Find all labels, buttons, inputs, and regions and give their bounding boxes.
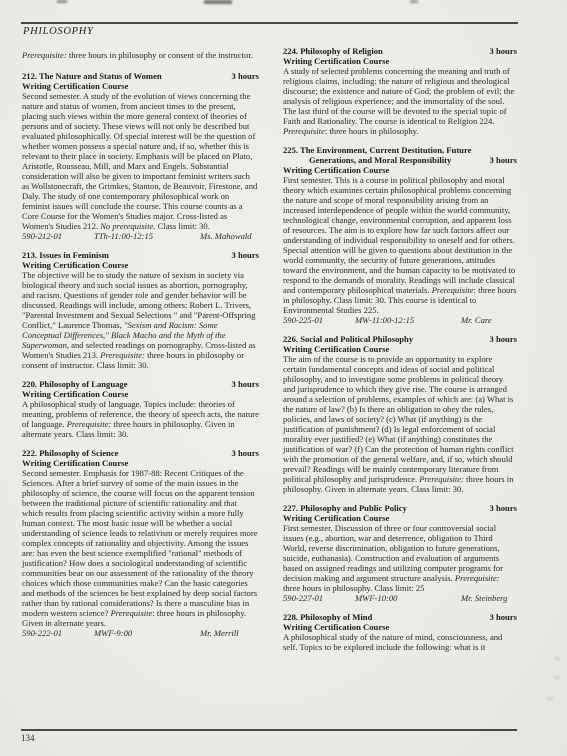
scan-artifact <box>554 676 560 679</box>
course-certification-label: Writing Certification Course <box>22 458 259 468</box>
course-instructor: Mr. Merrill <box>200 628 239 638</box>
course-certification-label: Writing Certification Course <box>283 165 517 175</box>
emphasized-text: Prerequisite: <box>22 50 67 60</box>
course-heading: 224. Philosophy of Religion 3 hours <box>283 46 517 56</box>
course-heading: 213. Issues in Feminism 3 hours <box>22 250 259 260</box>
course-212: 212. The Nature and Status of Women 3 ho… <box>22 71 259 241</box>
emphasized-text: Prerequisite: <box>67 419 112 429</box>
page-number: 134 <box>21 733 35 743</box>
course-description: A philosophical study of the nature of m… <box>283 632 517 652</box>
course-heading: 227. Philosophy and Public Policy 3 hour… <box>283 503 517 513</box>
course-description: The objective will be to study the natur… <box>22 270 259 370</box>
course-226: 226. Social and Political Philosophy 3 h… <box>283 334 517 494</box>
emphasized-text: Prerequisite <box>111 608 153 618</box>
course-credit-hours: 3 hours <box>232 71 259 81</box>
course-heading: 220. Philosophy of Language 3 hours <box>22 379 259 389</box>
scan-artifact <box>547 697 553 700</box>
course-228: 228. Philosophy of Mind 3 hours Writing … <box>283 612 517 652</box>
body-text: three hours in philosophy. Class limit: … <box>283 583 424 593</box>
scan-artifact <box>555 657 560 660</box>
emphasized-text: Prerequisite: <box>100 350 145 360</box>
course-description: First semester. Discussion of three or f… <box>283 523 517 593</box>
course-description: A study of selected problems concerning … <box>283 66 517 136</box>
course-heading: 222. Philosophy of Science 3 hours <box>22 448 259 458</box>
course-title: 225. The Environment, Current Destitutio… <box>283 145 517 165</box>
course-title: 213. Issues in Feminism <box>22 250 259 260</box>
course-description: A philosophical study of language. Topic… <box>22 399 259 439</box>
course-credit-hours: 3 hours <box>490 155 517 165</box>
scan-artifact <box>57 0 67 3</box>
course-meeting-time: MWF-10:00 <box>355 593 461 603</box>
course-instructor: Mr. Steinberg <box>461 593 507 603</box>
scan-artifact <box>410 0 418 3</box>
course-meeting-time: TTh-11:00-12:15 <box>94 231 200 241</box>
emphasized-text: Prerequisite <box>283 126 325 136</box>
course-credit-hours: 3 hours <box>232 250 259 260</box>
course-credit-hours: 3 hours <box>490 503 517 513</box>
course-222: 222. Philosophy of Science 3 hours Writi… <box>22 448 259 638</box>
course-title: 220. Philosophy of Language <box>22 379 259 389</box>
course-heading: 226. Social and Political Philosophy 3 h… <box>283 334 517 344</box>
body-text: A study of selected problems concerning … <box>283 66 514 126</box>
body-text: A philosophical study of the nature of m… <box>283 632 502 652</box>
course-credit-hours: 3 hours <box>490 612 517 622</box>
body-text: Second semester. Emphasis for 1987-88: R… <box>22 468 258 618</box>
course-schedule-line: 590-225-01 MW-11:00-12:15 Mr. Care <box>283 315 517 325</box>
body-text: Class limit: 30. <box>155 221 209 231</box>
course-certification-label: Writing Certification Course <box>283 622 517 632</box>
page-title: PHILOSOPHY <box>23 26 94 37</box>
course-credit-hours: 3 hours <box>490 334 517 344</box>
course-227: 227. Philosophy and Public Policy 3 hour… <box>283 503 517 603</box>
course-220: 220. Philosophy of Language 3 hours Writ… <box>22 379 259 439</box>
course-certification-label: Writing Certification Course <box>283 344 517 354</box>
course-instructor: Mr. Care <box>461 315 492 325</box>
course-section-code: 590-222-01 <box>22 628 94 638</box>
emphasized-text: No prerequisite. <box>100 221 155 231</box>
body-text: Second semester. A study of the evolutio… <box>22 91 257 231</box>
course-instructor: Ms. Mahowald <box>200 231 252 241</box>
course-certification-label: Writing Certification Course <box>22 389 259 399</box>
course-225: 225. The Environment, Current Destitutio… <box>283 145 517 325</box>
intro-prerequisite-note: Prerequisite: three hours in philosophy … <box>22 50 259 60</box>
course-meeting-time: MWF-9:00 <box>94 628 200 638</box>
course-meeting-time: MW-11:00-12:15 <box>355 315 461 325</box>
course-certification-label: Writing Certification Course <box>283 56 517 66</box>
emphasized-text: Prerequisite: <box>419 474 464 484</box>
body-text: : three hours in philosophy. <box>325 126 419 136</box>
course-section-code: 590-212-01 <box>22 231 94 241</box>
emphasized-text: Prerequisite: <box>455 573 500 583</box>
body-text: The aim of the course is to provide an o… <box>283 354 514 484</box>
course-schedule-line: 590-227-01 MWF-10:00 Mr. Steinberg <box>283 593 517 603</box>
right-column: 224. Philosophy of Religion 3 hours Writ… <box>283 46 517 661</box>
course-description: Second semester. A study of the evolutio… <box>22 91 259 231</box>
course-credit-hours: 3 hours <box>232 448 259 458</box>
course-title: 228. Philosophy of Mind <box>283 612 517 622</box>
emphasized-text: Prerequisite <box>432 285 474 295</box>
course-heading: 212. The Nature and Status of Women 3 ho… <box>22 71 259 81</box>
course-schedule-line: 590-212-01 TTh-11:00-12:15 Ms. Mahowald <box>22 231 259 241</box>
course-heading: 228. Philosophy of Mind 3 hours <box>283 612 517 622</box>
course-title: 222. Philosophy of Science <box>22 448 259 458</box>
course-heading: 225. The Environment, Current Destitutio… <box>283 145 517 165</box>
course-224: 224. Philosophy of Religion 3 hours Writ… <box>283 46 517 136</box>
course-title: 212. The Nature and Status of Women <box>22 71 259 81</box>
course-section-code: 590-227-01 <box>283 593 355 603</box>
course-title: 224. Philosophy of Religion <box>283 46 517 56</box>
footer-rule <box>21 729 517 731</box>
scan-artifact <box>204 0 232 4</box>
body-text: First semester. This is a course in poli… <box>283 175 515 295</box>
course-title: 227. Philosophy and Public Policy <box>283 503 517 513</box>
catalog-page: PHILOSOPHY Prerequisite: three hours in … <box>0 0 567 756</box>
body-text: three hours in philosophy or consent of … <box>67 50 253 60</box>
course-title: 226. Social and Political Philosophy <box>283 334 517 344</box>
header-rule <box>21 22 518 24</box>
course-description: The aim of the course is to provide an o… <box>283 354 517 494</box>
course-certification-label: Writing Certification Course <box>22 81 259 91</box>
course-certification-label: Writing Certification Course <box>283 513 517 523</box>
course-certification-label: Writing Certification Course <box>22 260 259 270</box>
course-213: 213. Issues in Feminism 3 hours Writing … <box>22 250 259 370</box>
course-description: First semester. This is a course in poli… <box>283 175 517 315</box>
course-credit-hours: 3 hours <box>490 46 517 56</box>
course-description: Second semester. Emphasis for 1987-88: R… <box>22 468 259 628</box>
course-section-code: 590-225-01 <box>283 315 355 325</box>
course-schedule-line: 590-222-01 MWF-9:00 Mr. Merrill <box>22 628 259 638</box>
course-credit-hours: 3 hours <box>232 379 259 389</box>
left-column: Prerequisite: three hours in philosophy … <box>22 50 259 647</box>
